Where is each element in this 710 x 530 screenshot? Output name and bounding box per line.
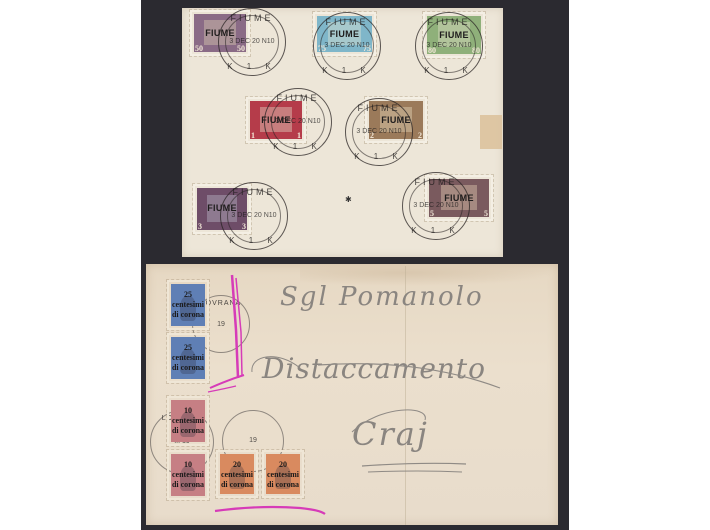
crayon-marks	[0, 0, 710, 530]
